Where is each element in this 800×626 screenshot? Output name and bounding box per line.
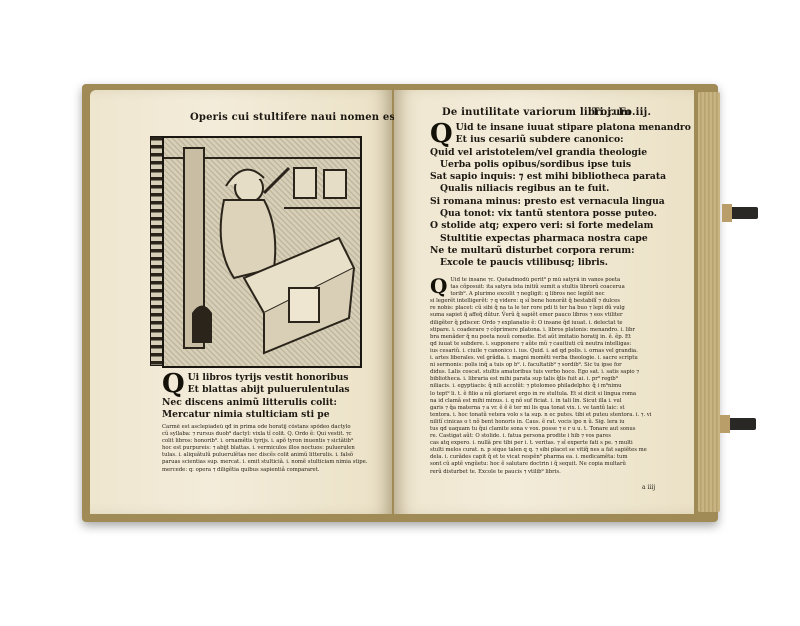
verse-line: Qua tonot: vix tantũ stentora posse pute… [430, 208, 671, 220]
commentary-line: ius cesariũ. i. ciuile ⁊ canonico i. ius… [430, 348, 656, 355]
decorated-initial: Q [430, 277, 447, 295]
commentary-line: qd iuuat te subdere. i. supponere ⁊ aũte… [430, 341, 656, 348]
signature-mark: a iiij [642, 484, 655, 491]
commentary-line: stipare. i. coaderare ⁊ cõprimere platon… [430, 327, 656, 334]
commentary-line: diligẽter q̃ pdiscer. Ordo ⁊ explanatio … [430, 320, 656, 327]
commentary-line: nilitĩ cinicas o t nõ bent honoris in. C… [430, 419, 656, 426]
commentary-line: i. artes liberales. vel grãdia. i. magni… [430, 355, 656, 362]
lower-clasp [728, 418, 756, 430]
commentary-line: rerũ disturbet te. Excole te paucis ⁊ vt… [430, 469, 656, 476]
verse-line: Ui libros tyrijs vestit honoribus [162, 372, 337, 384]
commentary-line: tentora. i. hoc tonatũ vetera volo s ta … [430, 412, 656, 419]
commentary-line: na id clamã est mihi minus. i. q nõ suf … [430, 398, 656, 405]
decorated-initial: Q [430, 122, 453, 146]
left-verse-block: Q Ui libros tyrijs vestit honoribus Et b… [162, 372, 337, 421]
verse-line: Qualis niliacis regibus an te fuit. [430, 183, 671, 195]
left-running-head: Operis cui stultifere naui nomen est. [190, 112, 404, 123]
verse-line: O stolide atq; expero veri: si forte med… [430, 220, 671, 232]
commentary-line: mercede: q: opera ⁊ diligẽtia quibus sap… [162, 467, 368, 474]
right-page: De inutilitate variorum librorum Ti.j. F… [394, 90, 694, 514]
commentary-line: colit libros: honorib⁹. i. ornamẽtis tyr… [162, 438, 368, 445]
verse-line: Ne te multarũ disturbet corpora rerum: [430, 245, 671, 257]
verse-line: Uerba polis opibus/sordibus ipse tuis [430, 159, 671, 171]
right-verse-block: Q Uid te insane iuuat stipare platona me… [430, 122, 671, 270]
commentary-line: sont cũ aptẽ vngũetu: hoc ẽ salutare doc… [430, 461, 656, 468]
verse-line: Uid te insane iuuat stipare platona mena… [430, 122, 671, 134]
book-fool-woodcut-illustration [162, 136, 362, 368]
woodcut-drawing [164, 138, 360, 366]
verse-line: Excole te paucis vtilibusq; libris. [430, 257, 671, 269]
left-page: Operis cui stultifere naui nomen est. Q [90, 90, 392, 514]
open-book: Operis cui stultifere naui nomen est. Q [82, 84, 722, 524]
right-commentary: Q Uid te insane ⁊c. Quẽadmodũ perit⁹ p m… [430, 277, 656, 476]
verse-line: Sat sapio inquis: ⁊ est mihi bibliotheca… [430, 171, 671, 183]
upper-clasp [730, 207, 758, 219]
verse-line: Quid vel aristotelem/vel grandia theolog… [430, 147, 671, 159]
verse-line: Mercatur nimia stulticiam sti pe [162, 409, 337, 421]
folio-number: Ti.j. Fo.iij. [592, 107, 651, 118]
commentary-line: niliacis. i. egyptiacis: q̃ nili accolũt… [430, 383, 656, 390]
verse-line: Si romana minus: presto est vernacula li… [430, 196, 671, 208]
commentary-line: tus qd uaquam tu q̃ui clamite sona v vox… [430, 426, 656, 433]
commentary-line: suma sapiet q̃ affeq̃ dũtur. Ṽerũ q̃ sap… [430, 312, 656, 319]
commentary-line: paruas scientias sup. mercat. i. emit st… [162, 459, 368, 466]
verse-line: Et blattas abijt puluerulentulas [162, 384, 337, 396]
verse-line: Nec discens animũ litterulis colit: [162, 397, 337, 409]
page-edges [698, 92, 720, 512]
commentary-line: lo tept⁹ li. t. ẽ filio a nũ gloriaret e… [430, 391, 656, 398]
decorated-initial: Q [162, 372, 185, 396]
verse-line: Stultitie expectas pharmaca nostra cape [430, 233, 671, 245]
commentary-line: garis ⁊ q̃a materna ⁊ a vr. ẽ ẽ ẽ ter mi… [430, 405, 656, 412]
verse-line: Et ius cesariũ subdere canonico: [430, 134, 671, 146]
commentary-line: bra menãder q̃ nu poeta nouũ comedie. Es… [430, 334, 656, 341]
left-commentary: Carmẽ est asclepiadeũ qđ in prima ode ho… [162, 424, 368, 474]
commentary-line: ni sermonis: polis inq̃ a tuis op b⁹. i.… [430, 362, 656, 369]
commentary-line: didus. Lalis coscat. stultis amatoribus … [430, 369, 656, 376]
